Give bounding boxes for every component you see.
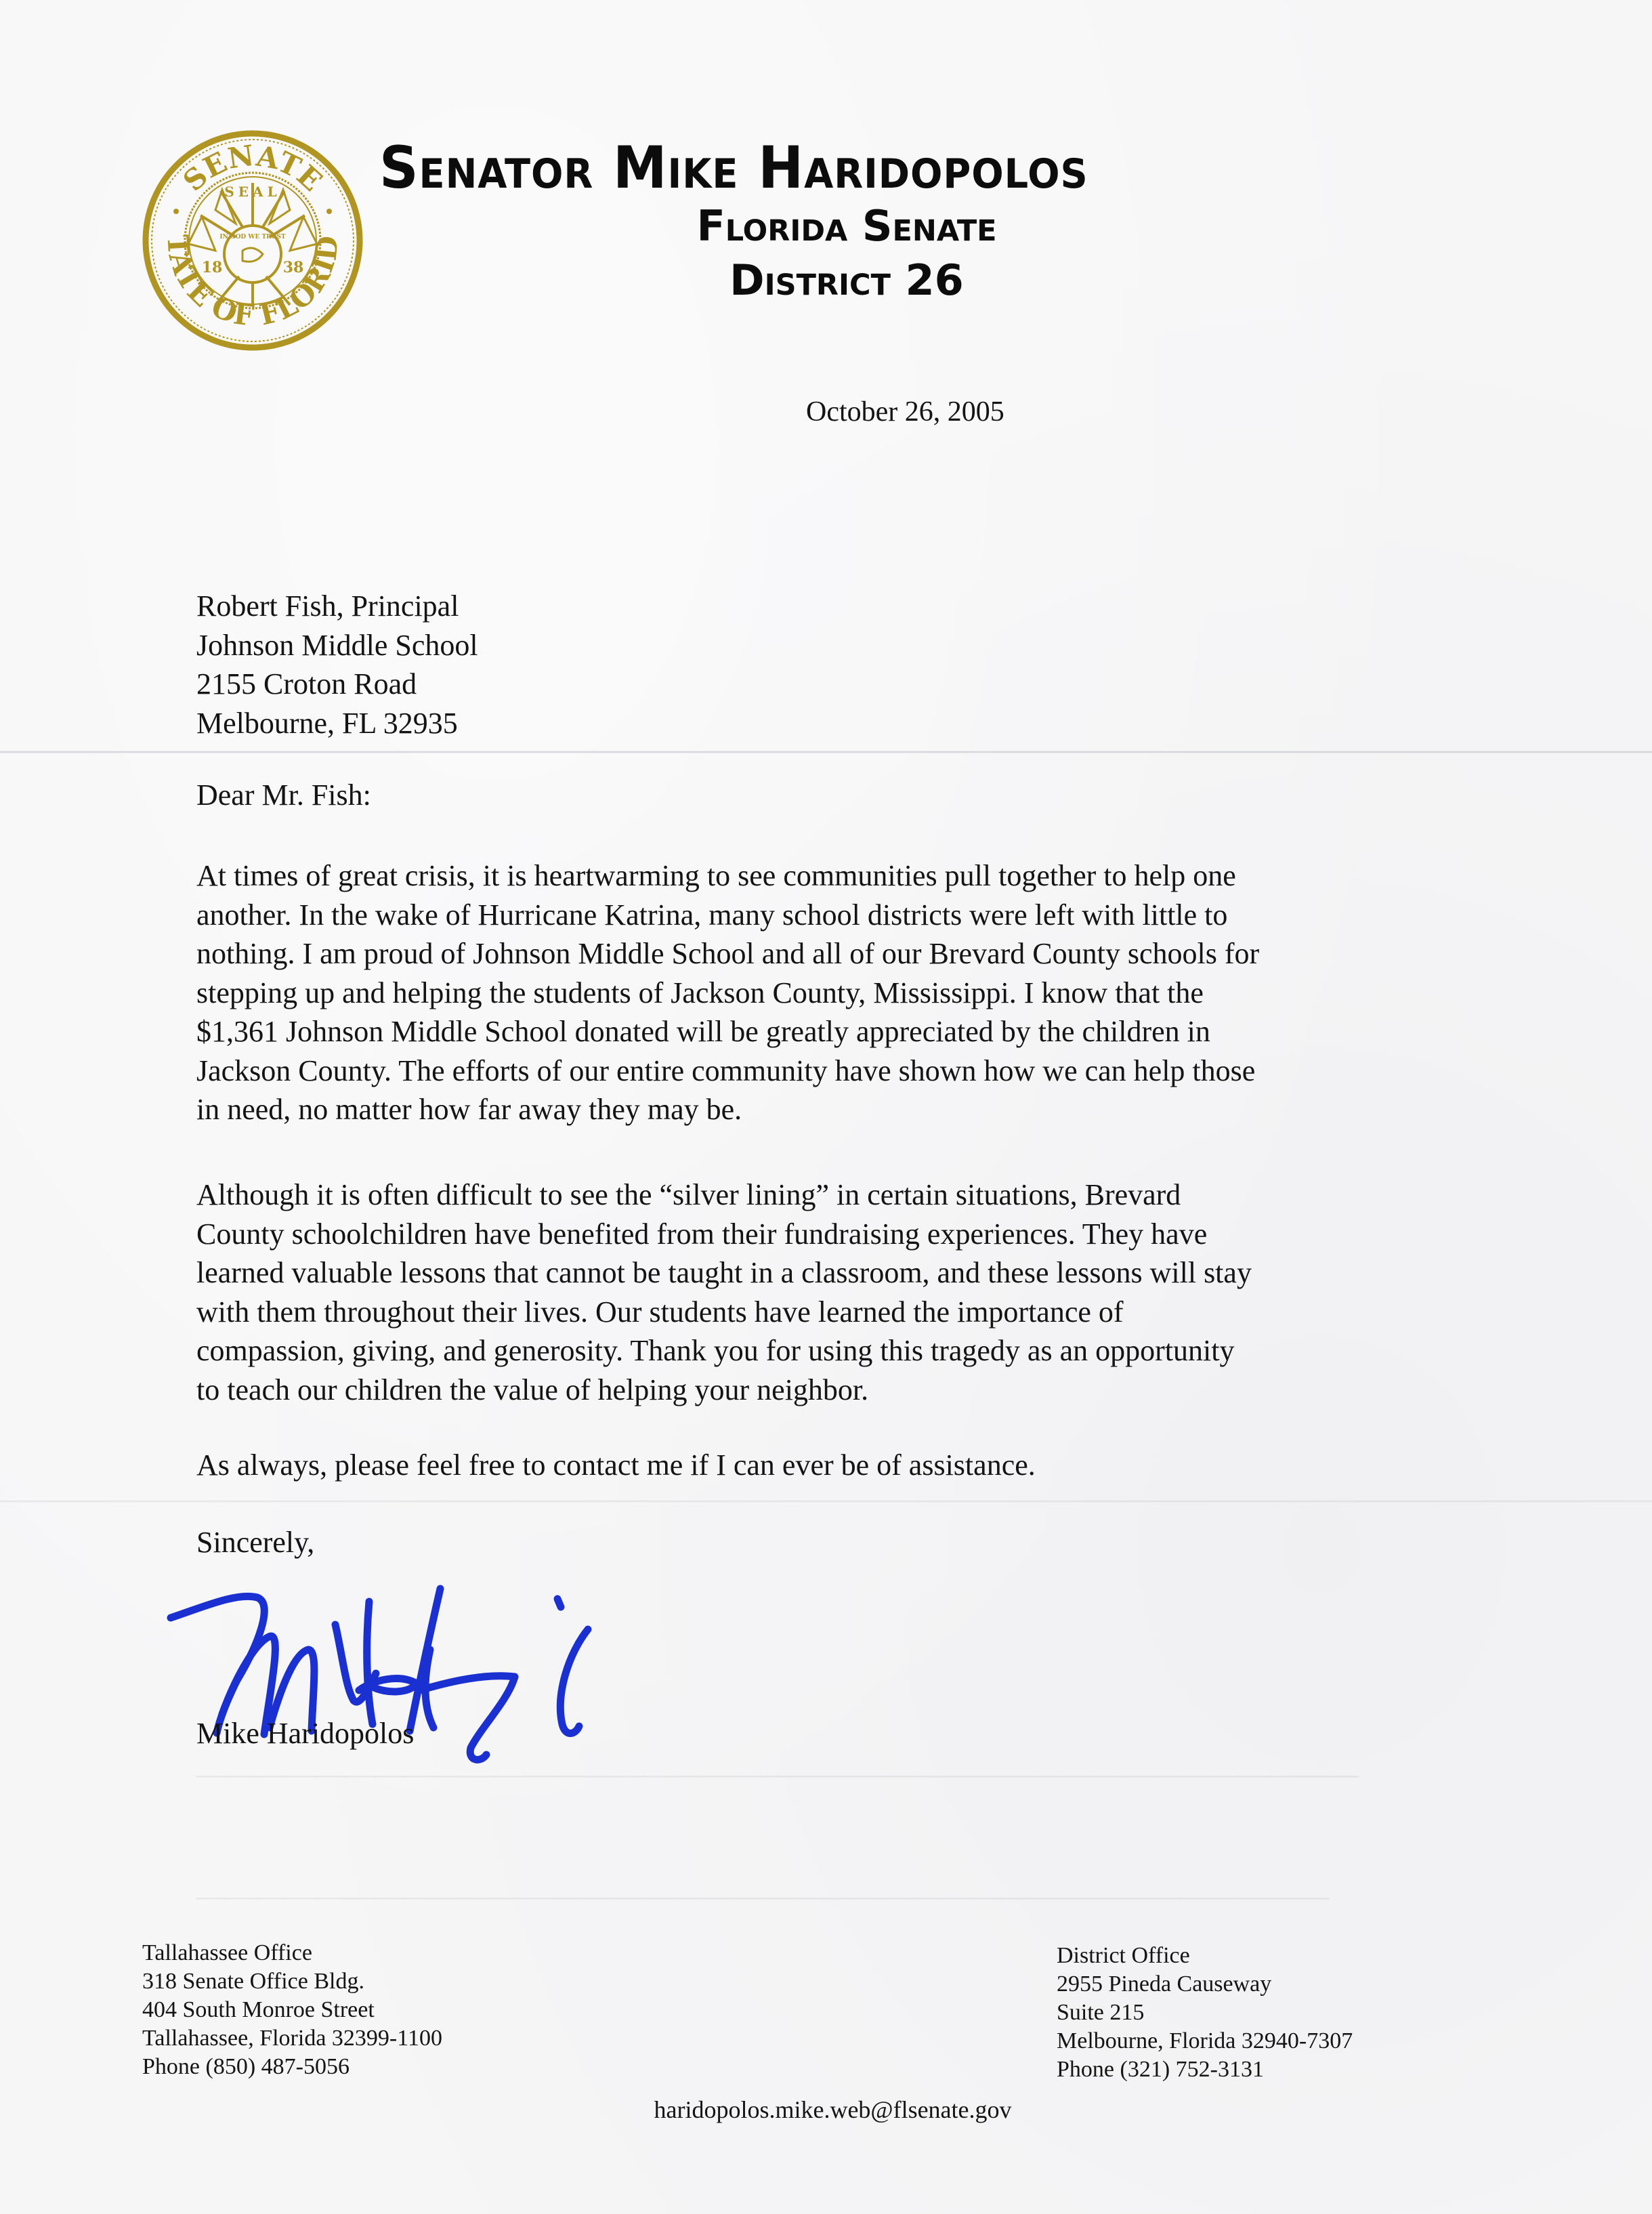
text-line: compassion, giving, and generosity. Than… (196, 1331, 1252, 1371)
body-paragraph-1: At times of great crisis, it is heartwar… (196, 856, 1259, 1129)
text-line: Although it is often difficult to see th… (196, 1175, 1252, 1215)
text-line: with them throughout their lives. Our st… (196, 1293, 1252, 1332)
paper-fold-line (0, 1500, 1652, 1503)
footer-line: Tallahassee, Florida 32399-1100 (142, 2024, 442, 2053)
address-line: Robert Fish, Principal (196, 587, 478, 626)
address-line: Melbourne, FL 32935 (196, 704, 478, 743)
svg-text:IN GOD WE TRUST: IN GOD WE TRUST (219, 234, 286, 241)
tallahassee-office-address: Tallahassee Office 318 Senate Office Bld… (142, 1939, 442, 2081)
body-paragraph-2: Although it is often difficult to see th… (196, 1175, 1252, 1409)
text-line: County schoolchildren have benefited fro… (196, 1215, 1252, 1254)
recipient-address: Robert Fish, Principal Johnson Middle Sc… (196, 587, 478, 743)
footer-line: Suite 215 (1057, 1999, 1353, 2027)
letterhead-title: Senator Mike Haridopolos (379, 139, 1248, 197)
footer-line: Tallahassee Office (142, 1939, 442, 1967)
district-office-address: District Office 2955 Pineda Causeway Sui… (1057, 1942, 1353, 2084)
text-line: $1,361 Johnson Middle School donated wil… (196, 1012, 1259, 1051)
florida-senate-seal-icon: SENATE STATE OF FLORIDA SEAL 18 38 IN GO… (141, 129, 364, 352)
address-line: 2155 Croton Road (196, 665, 478, 704)
footer-line: Melbourne, Florida 32940-7307 (1057, 2027, 1353, 2055)
footer-line: 404 South Monroe Street (142, 1996, 442, 2024)
letterhead-subtitle: Florida Senate (379, 205, 1314, 247)
text-line: to teach our children the value of helpi… (196, 1371, 1252, 1410)
salutation: Dear Mr. Fish: (196, 776, 371, 815)
closing: Sincerely, (196, 1523, 314, 1562)
bleed-through-artifact: —————————————————————————————————————— (196, 1877, 1329, 1916)
contact-email: haridopolos.mike.web@flsenate.gov (0, 2095, 1652, 2124)
footer-line: Phone (850) 487-5056 (142, 2053, 442, 2081)
footer-line: Phone (321) 752-3131 (1057, 2055, 1353, 2084)
footer-line: District Office (1057, 1942, 1353, 1970)
letter-date: October 26, 2005 (806, 395, 1004, 429)
text-line: another. In the wake of Hurricane Katrin… (196, 896, 1259, 935)
footer-line: 2955 Pineda Causeway (1057, 1970, 1353, 1999)
letterhead-district: District 26 (379, 259, 1314, 301)
text-line: in need, no matter how far away they may… (196, 1090, 1259, 1129)
text-line: At times of great crisis, it is heartwar… (196, 856, 1259, 896)
text-line: As always, please feel free to contact m… (196, 1446, 1036, 1485)
text-line: stepping up and helping the students of … (196, 974, 1259, 1013)
address-line: Johnson Middle School (196, 626, 478, 665)
svg-text:SEAL: SEAL (224, 184, 280, 200)
text-line: nothing. I am proud of Johnson Middle Sc… (196, 934, 1259, 974)
footer-line: 318 Senate Office Bldg. (142, 1967, 442, 1996)
svg-text:18: 18 (202, 259, 223, 276)
signer-name: Mike Haridopolos (196, 1714, 414, 1753)
svg-text:38: 38 (283, 259, 304, 276)
paper-fold-line (0, 751, 1652, 753)
body-paragraph-3: As always, please feel free to contact m… (196, 1446, 1036, 1485)
text-line: Jackson County. The efforts of our entir… (196, 1051, 1259, 1091)
text-line: learned valuable lessons that cannot be … (196, 1253, 1252, 1293)
